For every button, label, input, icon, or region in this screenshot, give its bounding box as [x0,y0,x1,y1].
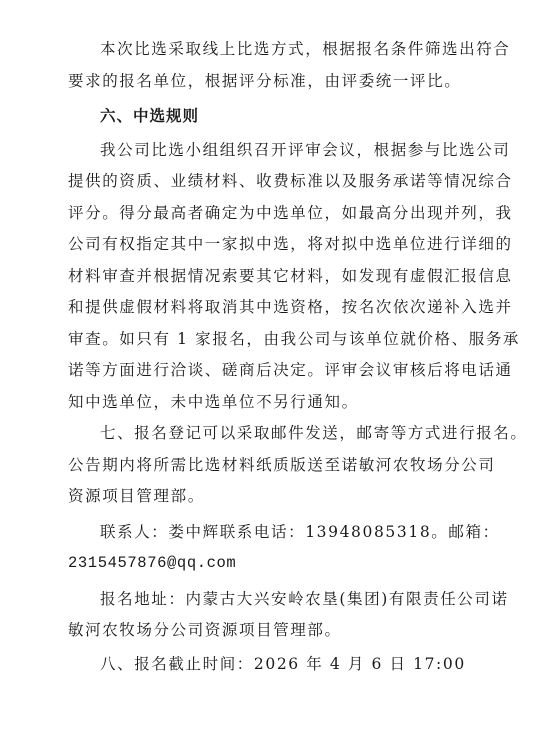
section-six-heading: 六、中选规则 [68,101,482,133]
address-line-2: 敏河农牧场分公司资源项目管理部。 [68,615,482,647]
contact-email: 2315457876@qq.com [68,548,482,580]
document-page: 本次比选采取线上比选方式，根据报名条件筛选出符合 要求的报名单位，根据评分标准，… [68,34,482,680]
section-six-line-8: 诺等方面进行洽谈、磋商后决定。评审会议审核后将电话通 [68,355,482,387]
contact-line: 联系人：娄中辉联系电话：13948085318。邮箱： [68,517,482,549]
section-eight-deadline: 八、报名截止时间：2026 年 4 月 6 日 17:00 [68,649,482,681]
section-six-line-9: 知中选单位，未中选单位不另行通知。 [68,387,482,419]
section-six-line-4: 公司有权指定其中一家拟中选，将对拟中选单位进行详细的 [68,229,482,261]
section-six-line-7: 审查。如只有 1 家报名，由我公司与该单位就价格、服务承 [68,324,482,356]
method-paragraph-line-1: 本次比选采取线上比选方式，根据报名条件筛选出符合 [68,34,482,66]
section-six-line-2: 提供的资质、业绩材料、收费标准以及服务承诺等情况综合 [68,166,482,198]
section-six-line-1: 我公司比选小组组织召开评审会议，根据参与比选公司 [68,135,482,167]
method-paragraph-line-2: 要求的报名单位，根据评分标准，由评委统一评比。 [68,66,482,98]
section-six-line-3: 评分。得分最高者确定为中选单位，如最高分出现并列，我 [68,198,482,230]
section-six-line-5: 材料审查并根据情况索要其它材料，如发现有虚假汇报信息 [68,261,482,293]
section-seven-line-3: 资源项目管理部。 [68,481,482,513]
address-line-1: 报名地址：内蒙古大兴安岭农垦(集团)有限责任公司诺 [68,584,482,616]
section-seven-line-1: 七、报名登记可以采取邮件发送，邮寄等方式进行报名。 [68,418,482,450]
section-seven-line-2: 公告期内将所需比选材料纸质版送至诺敏河农牧场分公司 [68,450,482,482]
section-six-line-6: 和提供虚假材料将取消其中选资格，按名次依次递补入选并 [68,292,482,324]
